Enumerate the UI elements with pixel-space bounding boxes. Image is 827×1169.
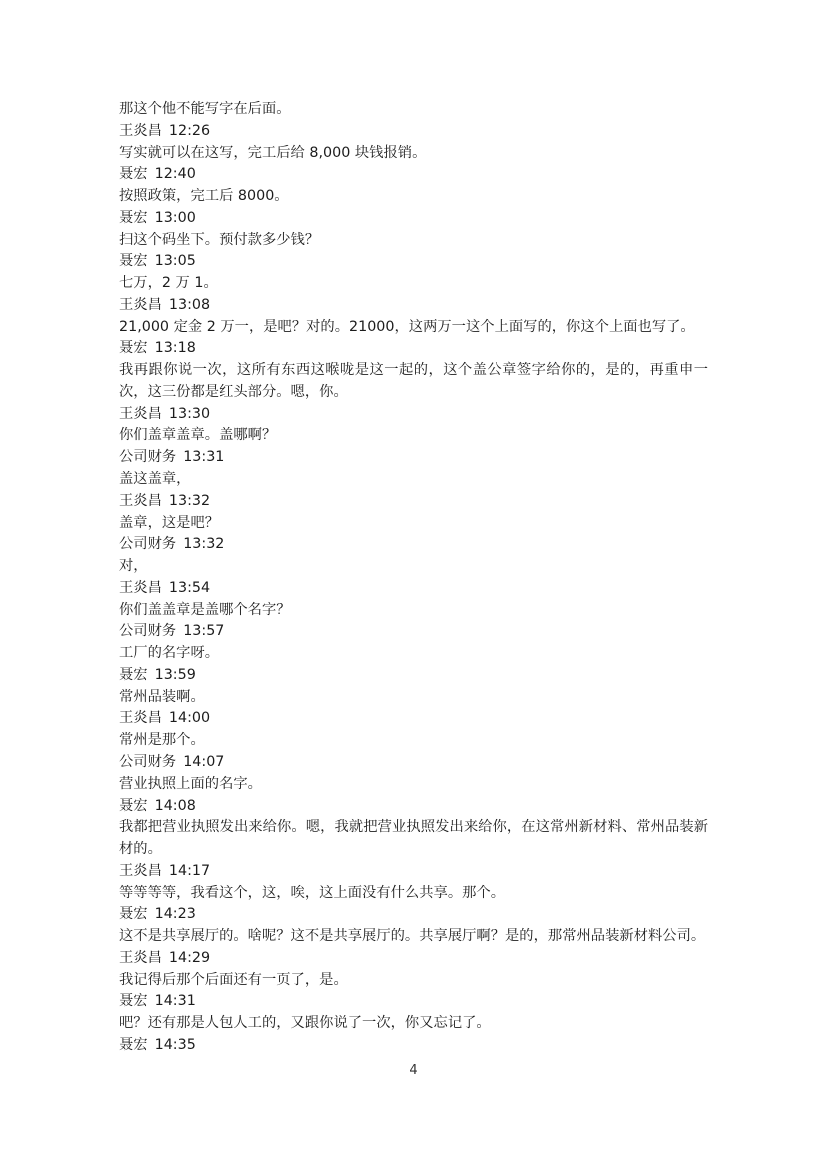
utterance-text: 营业执照上面的名字。 (119, 774, 708, 796)
speaker-name: 王炎昌 (119, 123, 162, 139)
utterance-text: 常州品装啊。 (119, 687, 708, 709)
utterance-text: 对， (119, 556, 708, 578)
timestamp: 14:29 (169, 950, 210, 966)
speaker-line: 王炎昌13:32 (119, 491, 708, 513)
speaker-name: 公司财务 (119, 754, 176, 770)
speaker-line: 公司财务13:57 (119, 621, 708, 643)
speaker-name: 王炎昌 (119, 406, 162, 422)
speaker-line: 公司财务13:32 (119, 534, 708, 556)
timestamp: 13:32 (169, 493, 210, 509)
speaker-name: 公司财务 (119, 449, 176, 465)
speaker-name: 王炎昌 (119, 297, 162, 313)
speaker-line: 公司财务14:07 (119, 752, 708, 774)
speaker-name: 王炎昌 (119, 580, 162, 596)
timestamp: 14:17 (169, 863, 210, 879)
speaker-name: 王炎昌 (119, 863, 162, 879)
utterance-text: 按照政策，完工后 8000。 (119, 186, 708, 208)
utterance-text: 21,000 定金 2 万一，是吧？对的。21000，这两万一这个上面写的，你这… (119, 317, 708, 339)
speaker-name: 聂宏 (119, 993, 148, 1009)
timestamp: 14:23 (155, 906, 196, 922)
document-page: 那这个他不能写字在后面。王炎昌12:26写实就可以在这写，完工后给 8,000 … (0, 0, 827, 1169)
speaker-line: 王炎昌13:08 (119, 295, 708, 317)
timestamp: 13:05 (155, 253, 196, 269)
timestamp: 12:26 (169, 123, 210, 139)
utterance-text: 工厂的名字呀。 (119, 643, 708, 665)
speaker-name: 王炎昌 (119, 493, 162, 509)
page-number: 4 (0, 1063, 827, 1078)
utterance-text: 那这个他不能写字在后面。 (119, 99, 708, 121)
speaker-line: 聂宏14:08 (119, 796, 708, 818)
speaker-line: 聂宏13:00 (119, 208, 708, 230)
speaker-line: 聂宏12:40 (119, 164, 708, 186)
timestamp: 14:00 (169, 710, 210, 726)
speaker-line: 聂宏14:35 (119, 1035, 708, 1057)
timestamp: 13:30 (169, 406, 210, 422)
speaker-name: 聂宏 (119, 1037, 148, 1053)
speaker-line: 公司财务13:31 (119, 447, 708, 469)
speaker-name: 聂宏 (119, 906, 148, 922)
speaker-line: 王炎昌12:26 (119, 121, 708, 143)
utterance-text: 我再跟你说一次，这所有东西这喉咙是这一起的，这个盖公章签字给你的，是的，再重申一… (119, 360, 708, 404)
speaker-name: 王炎昌 (119, 950, 162, 966)
utterance-text: 你们盖盖章是盖哪个名字？ (119, 600, 708, 622)
utterance-text: 等等等等，我看这个，这，唉，这上面没有什么共享。那个。 (119, 883, 708, 905)
timestamp: 12:40 (155, 166, 196, 182)
speaker-line: 王炎昌13:54 (119, 578, 708, 600)
utterance-text: 你们盖章盖章。盖哪啊？ (119, 425, 708, 447)
utterance-text: 七万，2 万 1。 (119, 273, 708, 295)
speaker-line: 聂宏14:31 (119, 991, 708, 1013)
timestamp: 13:08 (169, 297, 210, 313)
speaker-line: 聂宏13:18 (119, 338, 708, 360)
timestamp: 13:32 (183, 536, 224, 552)
utterance-text: 吧？还有那是人包人工的，又跟你说了一次，你又忘记了。 (119, 1013, 708, 1035)
speaker-line: 王炎昌14:29 (119, 948, 708, 970)
speaker-line: 王炎昌13:30 (119, 404, 708, 426)
timestamp: 13:18 (155, 340, 196, 356)
timestamp: 13:00 (155, 210, 196, 226)
utterance-text: 盖章，这是吧？ (119, 513, 708, 535)
timestamp: 14:08 (155, 798, 196, 814)
utterance-text: 盖这盖章， (119, 469, 708, 491)
utterance-text: 写实就可以在这写，完工后给 8,000 块钱报销。 (119, 143, 708, 165)
utterance-text: 常州是那个。 (119, 730, 708, 752)
utterance-text: 我都把营业执照发出来给你。嗯，我就把营业执照发出来给你，在这常州新材料、常州品装… (119, 817, 708, 861)
speaker-name: 聂宏 (119, 210, 148, 226)
speaker-name: 王炎昌 (119, 710, 162, 726)
utterance-text: 这不是共享展厅的。啥呢？这不是共享展厅的。共享展厅啊？是的，那常州品装新材料公司… (119, 926, 708, 948)
timestamp: 13:31 (183, 449, 224, 465)
speaker-line: 聂宏13:59 (119, 665, 708, 687)
utterance-text: 扫这个码坐下。预付款多少钱？ (119, 230, 708, 252)
timestamp: 14:31 (155, 993, 196, 1009)
speaker-name: 公司财务 (119, 536, 176, 552)
speaker-name: 聂宏 (119, 166, 148, 182)
speaker-line: 王炎昌14:00 (119, 708, 708, 730)
timestamp: 14:35 (155, 1037, 196, 1053)
speaker-line: 王炎昌14:17 (119, 861, 708, 883)
speaker-line: 聂宏14:23 (119, 904, 708, 926)
speaker-name: 聂宏 (119, 340, 148, 356)
speaker-name: 聂宏 (119, 798, 148, 814)
speaker-name: 聂宏 (119, 253, 148, 269)
timestamp: 13:59 (155, 667, 196, 683)
timestamp: 13:57 (183, 623, 224, 639)
speaker-name: 聂宏 (119, 667, 148, 683)
transcript: 那这个他不能写字在后面。王炎昌12:26写实就可以在这写，完工后给 8,000 … (119, 99, 708, 1057)
utterance-text: 我记得后那个后面还有一页了，是。 (119, 970, 708, 992)
timestamp: 14:07 (183, 754, 224, 770)
speaker-line: 聂宏13:05 (119, 251, 708, 273)
timestamp: 13:54 (169, 580, 210, 596)
speaker-name: 公司财务 (119, 623, 176, 639)
